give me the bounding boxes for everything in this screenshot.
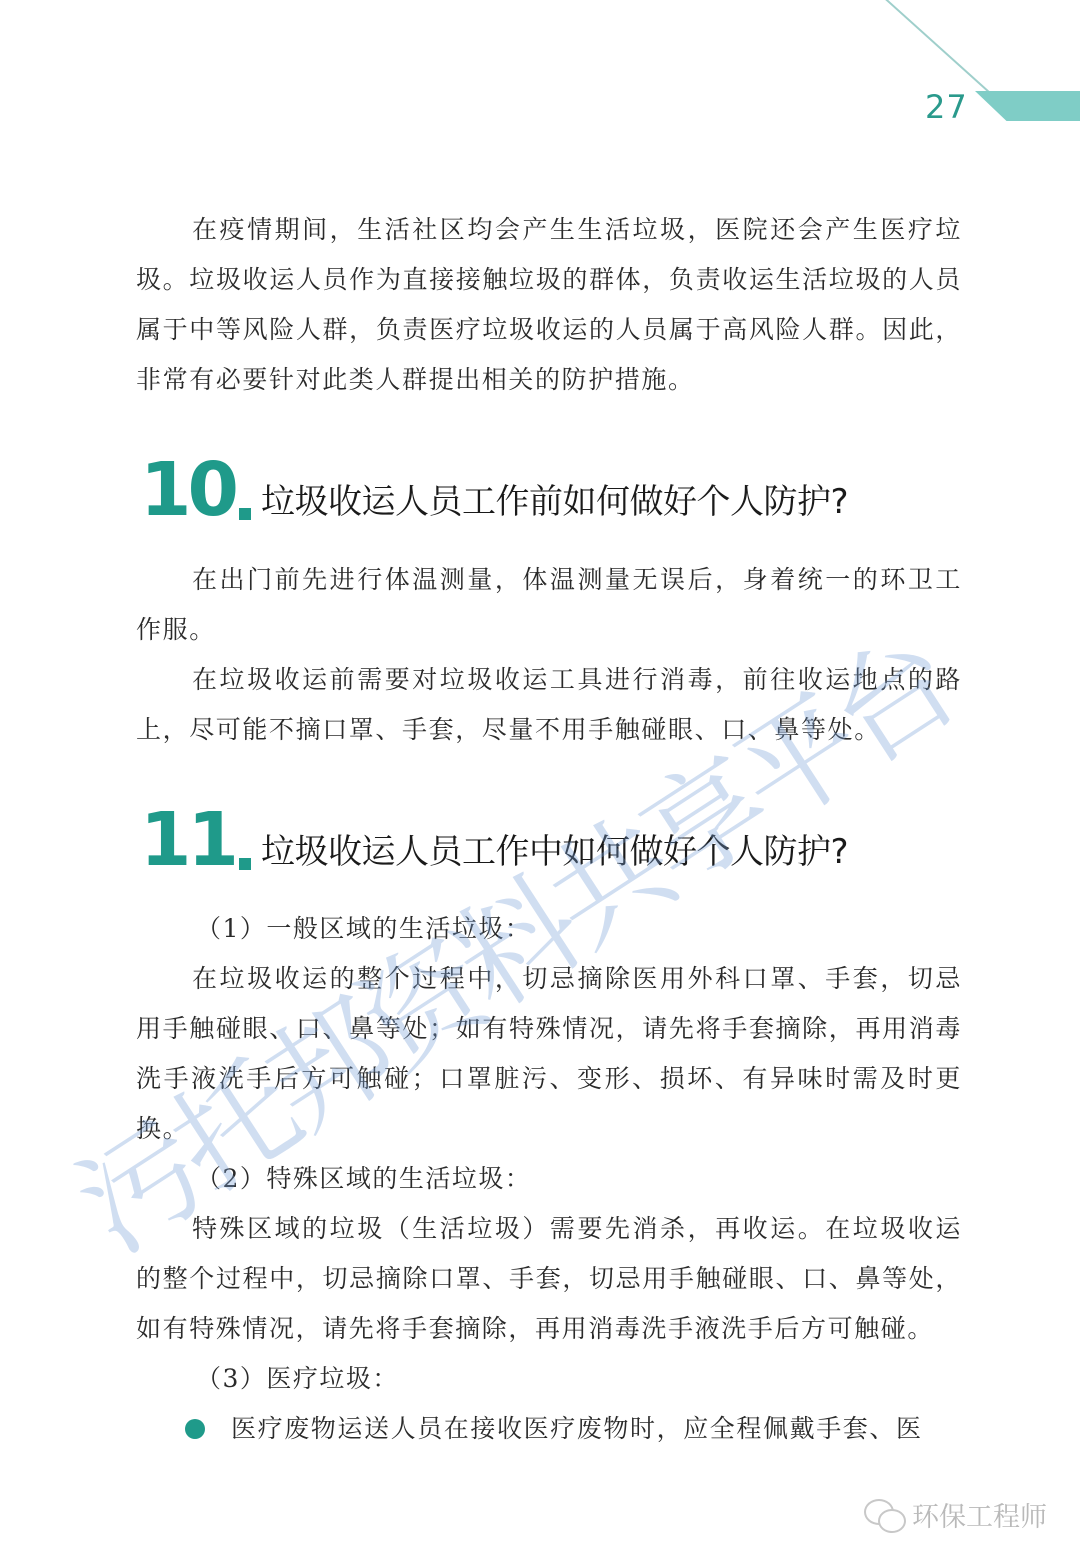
- account-name: 环保工程师: [912, 1495, 1047, 1534]
- footer-account: 环保工程师: [862, 1495, 1047, 1534]
- section-10-paragraph-1: 在出门前先进行体温测量，体温测量无误后，身着统一的环卫工作服。: [136, 555, 962, 655]
- section-heading-10: 10 垃圾收运人员工作前如何做好个人防护?: [140, 458, 848, 522]
- section-heading-11: 11 垃圾收运人员工作中如何做好个人防护?: [140, 808, 848, 872]
- section-title: 垃圾收运人员工作前如何做好个人防护?: [261, 482, 848, 522]
- section-dot: [239, 858, 251, 870]
- corner-line: [885, 0, 990, 93]
- subsection-label-1: （1）一般区域的生活垃圾：: [196, 904, 531, 954]
- section-number: 10: [140, 458, 235, 522]
- section-dot: [239, 508, 251, 520]
- bullet-item: 医疗废物运送人员在接收医疗废物时，应全程佩戴手套、医: [185, 1404, 923, 1454]
- subsection-text-1: 在垃圾收运的整个过程中，切忌摘除医用外科口罩、手套，切忌用手触碰眼、口、鼻等处；…: [136, 954, 962, 1154]
- section-title: 垃圾收运人员工作中如何做好个人防护?: [261, 832, 848, 872]
- subsection-label-3: （3）医疗垃圾：: [196, 1354, 399, 1404]
- corner-band: [975, 91, 1080, 121]
- bullet-dot-icon: [185, 1419, 205, 1439]
- intro-paragraph: 在疫情期间，生活社区均会产生生活垃圾，医院还会产生医疗垃圾。垃圾收运人员作为直接…: [136, 205, 962, 405]
- bullet-text: 医疗废物运送人员在接收医疗废物时，应全程佩戴手套、医: [231, 1404, 923, 1454]
- section-10-paragraph-2: 在垃圾收运前需要对垃圾收运工具进行消毒，前往收运地点的路上，尽可能不摘口罩、手套…: [136, 655, 962, 755]
- subsection-label-2: （2）特殊区域的生活垃圾：: [196, 1154, 531, 1204]
- subsection-text-2: 特殊区域的垃圾（生活垃圾）需要先消杀，再收运。在垃圾收运的整个过程中，切忌摘除口…: [136, 1204, 962, 1354]
- section-number: 11: [140, 808, 235, 872]
- page-number: 27: [925, 88, 968, 126]
- wechat-icon: [862, 1497, 906, 1533]
